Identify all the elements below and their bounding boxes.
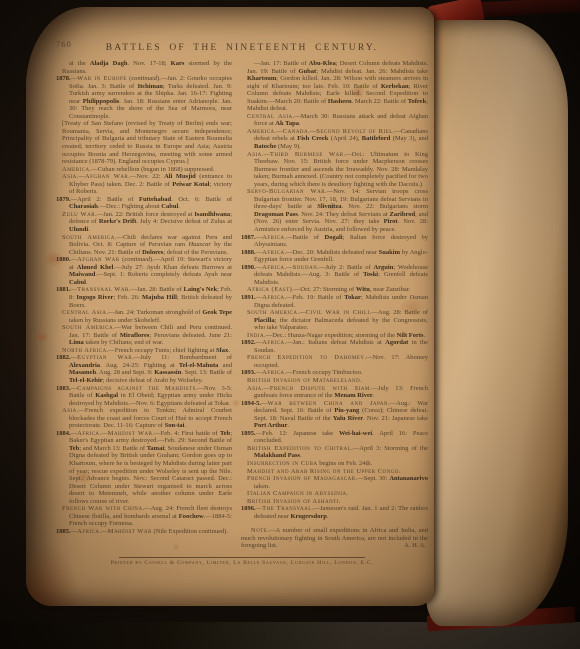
entry-section: South America.—Civil War in Chili.—Aug. … bbox=[241, 309, 428, 332]
entry-section: Italian Campaign in Abyssinia. bbox=[241, 490, 428, 498]
entry-section: Insurrection in Cuba begins on Feb. 24th… bbox=[241, 460, 428, 468]
entry-year: 1885.—Africa.—Mahdist War (Nile Expediti… bbox=[56, 528, 232, 536]
book-page: 760 BATTLES OF THE NINETEENTH CENTURY. a… bbox=[26, 7, 434, 606]
entry-section: South America.—Chili declares war agains… bbox=[56, 234, 232, 257]
entry-note: Note.—A number of small expeditions in A… bbox=[241, 527, 428, 550]
entry-year: 1880.—Afghan War (continued).—April 19: … bbox=[56, 256, 232, 286]
entry-year: 1895.—Feb. 12: Japanese take Wei-hai-wei… bbox=[241, 430, 428, 445]
page-head: 760 BATTLES OF THE NINETEENTH CENTURY. bbox=[56, 37, 428, 53]
entry-year: 1896.—The Transvaal.—Jameson's raid. Jan… bbox=[241, 505, 428, 520]
note-signature: A. H. A. bbox=[394, 542, 428, 550]
page-content: 760 BATTLES OF THE NINETEENTH CENTURY. a… bbox=[56, 37, 428, 566]
printer-imprint: Printed by Cassell & Company, Limited, L… bbox=[56, 560, 428, 566]
entry-section: French Expedition to Dahomey.—Nov. 17: A… bbox=[241, 354, 428, 369]
entry-year: 1893.—Africa.—French occupy Timbuctoo. bbox=[241, 369, 428, 377]
running-header: BATTLES OF THE NINETEENTH CENTURY. bbox=[106, 43, 379, 53]
entry-section: French Invasion of Madagascar.—Sept. 30:… bbox=[241, 475, 428, 490]
entry-year: 1887.—Africa.—Battle of Dogali; Italian … bbox=[241, 234, 428, 249]
entry-section: Servo-Bulgarian War.—Nov. 14: Servian tr… bbox=[241, 188, 428, 233]
entry-year: 1892.—Africa.—Jan.: Italians defeat Mahd… bbox=[241, 339, 428, 354]
right-column: —Jan. 17: Battle of Abu-Klea; Desert Col… bbox=[241, 60, 428, 550]
entry-year: 1890.—Africa.—Soudan.—July 2: Battle of … bbox=[241, 264, 428, 287]
entry-section: Mahdist and Arab Rising on the Upper Con… bbox=[241, 468, 428, 476]
entry-year: 1884.—Africa.—Mahdist War.—Feb. 4: First… bbox=[56, 430, 232, 505]
text-columns: at the Aladja Dagh. Nov. 17-18; Kars sto… bbox=[56, 60, 428, 550]
entry-section: America.—Cuban rebellion (begun in 1868)… bbox=[56, 166, 232, 174]
entry-year: 1879.—April 2: Battle of Futtehabad. Oct… bbox=[56, 196, 232, 211]
entry-year: 1882.—Egyptian War.—July 11: Bombardment… bbox=[56, 354, 232, 384]
entry-year: 1888.—Africa.—Dec. 20: Mahdists defeated… bbox=[241, 249, 428, 264]
entry-section: America.—Canada.—Second Revolt of Riel.—… bbox=[241, 128, 428, 151]
entry-section: Africa (East).—Oct. 27: Storming of Witu… bbox=[241, 286, 428, 294]
entry-section: Asia.—French Dispute with Siam.—July 13:… bbox=[241, 385, 428, 400]
entry-section: Asia.—Afghan War.—Nov. 22: Ali Musjid (e… bbox=[56, 173, 232, 196]
entry-section: British Invasion of Matabeleland. bbox=[241, 377, 428, 385]
photo-background: 760 BATTLES OF THE NINETEENTH CENTURY. a… bbox=[0, 0, 580, 649]
entry-section: Asia.—French expedition to Tonkin; Admir… bbox=[56, 407, 232, 430]
entry-section: British Expedition to Chitral.—April 3: … bbox=[241, 445, 428, 460]
entry-bracketed: [Treaty of San Stefano (revised by Treat… bbox=[56, 120, 232, 165]
entry-continuation: at the Aladja Dagh. Nov. 17-18; Kars sto… bbox=[56, 60, 232, 75]
entry-section: British Invasion of Ashanti. bbox=[241, 498, 428, 506]
entry-section: Zulu War.—Jan. 22: British force destroy… bbox=[56, 211, 232, 234]
entry-section: India.—Dec.: Hunza-Nagar expedition; sto… bbox=[241, 332, 428, 340]
facing-page bbox=[426, 20, 568, 626]
entry-year: 1881.—Transvaal War.—Jan. 28: Battle of … bbox=[56, 286, 232, 309]
entry-section: North Africa.—French occupy Tunis; chief… bbox=[56, 347, 232, 355]
page-number: 760 bbox=[56, 39, 72, 49]
entry-year: 1894-5.—War between China and Japan.—Aug… bbox=[241, 400, 428, 430]
entry-section: French War with China.—Aug. 24: French f… bbox=[56, 505, 232, 528]
entry-year: 1883.—Campaigns against the Mahdists.—No… bbox=[56, 385, 232, 408]
entry-section: Central Asia.—Jan. 24: Turkoman strongho… bbox=[56, 309, 232, 324]
entry-continuation: —Jan. 17: Battle of Abu-Klea; Desert Col… bbox=[241, 60, 428, 113]
footer-rule bbox=[119, 557, 365, 558]
left-column: at the Aladja Dagh. Nov. 17-18; Kars sto… bbox=[56, 60, 232, 550]
entry-section: Central Asia.—March 30: Russians attack … bbox=[241, 113, 428, 128]
entry-year: 1878.—War in Europe (continued).—Jan. 2:… bbox=[56, 75, 232, 120]
entry-year: 1891.—Africa.—Feb. 19: Battle of Tokar; … bbox=[241, 294, 428, 309]
entry-section: Asia.—Third Burmese War.—Oct.: Ultimatum… bbox=[241, 151, 428, 189]
book-cover-spine-edge bbox=[468, 0, 580, 18]
entry-section: South America.—War between Chili and Per… bbox=[56, 324, 232, 347]
